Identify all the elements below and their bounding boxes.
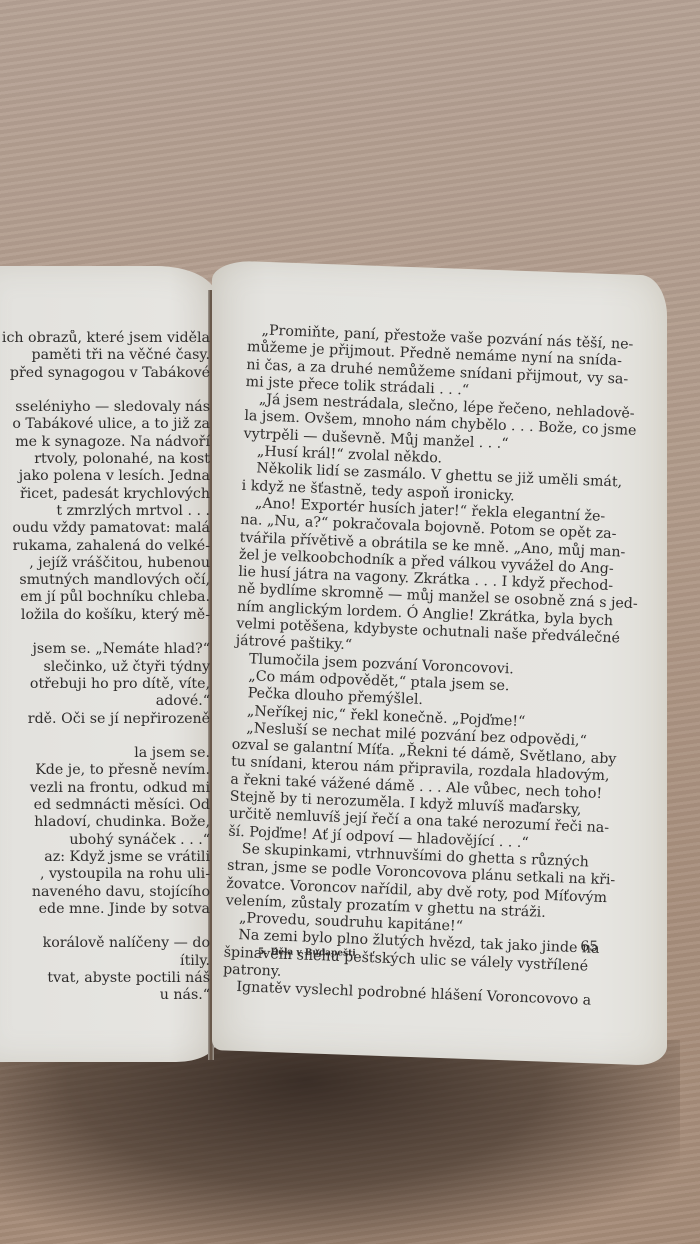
text-line: rtvoly, polonahé, na kost <box>0 451 210 468</box>
text-line: me k synagoze. Na nádvoří <box>0 434 210 451</box>
text-line: jsem se. „Nemáte hlad?“ <box>0 641 210 658</box>
text-line: sseléniyho — sledovaly nás <box>0 399 210 416</box>
book-shadow <box>0 1040 680 1244</box>
page-number: 65 <box>580 939 598 955</box>
text-line <box>0 624 210 641</box>
text-line: ede mne. Jinde by sotva <box>0 901 210 918</box>
left-page-text: ich obrazů, které jsem viděla paměti tři… <box>0 330 210 1005</box>
text-line: ítily. <box>0 953 210 970</box>
text-line <box>0 728 210 745</box>
text-line: em jí půl bochníku chleba. <box>0 589 210 606</box>
text-line: smutných mandlových očí, <box>0 572 210 589</box>
text-line: rukama, zahalená do velké- <box>0 538 210 555</box>
text-line: , vystoupila na rohu uli- <box>0 866 210 883</box>
text-line: řicet, padesát krychlových <box>0 486 210 503</box>
text-line: korálově nalíčeny — do <box>0 935 210 952</box>
text-line: t zmrzlých mrtvol . . . <box>0 503 210 520</box>
text-line: Kde je, to přesně nevím. <box>0 762 210 779</box>
text-line: adové.“ <box>0 693 210 710</box>
text-line: , jejíž vráščitou, hubenou <box>0 555 210 572</box>
text-line: la jsem se. <box>0 745 210 762</box>
text-line: tvat, abyste poctili náš <box>0 970 210 987</box>
text-line: před synagogou v Tabákové <box>0 365 210 382</box>
text-line: jako polena v lesích. Jedna <box>0 468 210 485</box>
text-line: ložila do košíku, který mě- <box>0 607 210 624</box>
text-line: ubohý synáček . . .“ <box>0 832 210 849</box>
text-line: paměti tři na věčné časy. <box>0 347 210 364</box>
text-line: vezli na frontu, odkud mi <box>0 780 210 797</box>
text-line: az: Když jsme se vrátili <box>0 849 210 866</box>
text-line: naveného davu, stojícího <box>0 884 210 901</box>
text-line: hladoví, chudinka. Bože, <box>0 814 210 831</box>
text-line: ed sedmnácti měsíci. Od <box>0 797 210 814</box>
text-line: rdě. Oči se jí nepřirozeně <box>0 711 210 728</box>
text-line: ich obrazů, které jsem viděla <box>0 330 210 347</box>
text-line: oudu vždy pamatovat: malá <box>0 520 210 537</box>
right-page-text: „Promiňte, paní, přestože vaše pozvání n… <box>222 322 648 1011</box>
text-line: u nás.“ <box>0 987 210 1004</box>
text-line: slečinko, už čtyři týdny <box>0 659 210 676</box>
text-line: otřebuji ho pro dítě, víte, <box>0 676 210 693</box>
text-line: o Tabákové ulice, a to již za <box>0 416 210 433</box>
text-line <box>0 382 210 399</box>
text-line <box>0 918 210 935</box>
printer-signature: 5. Děla v Budapešti <box>258 947 356 959</box>
